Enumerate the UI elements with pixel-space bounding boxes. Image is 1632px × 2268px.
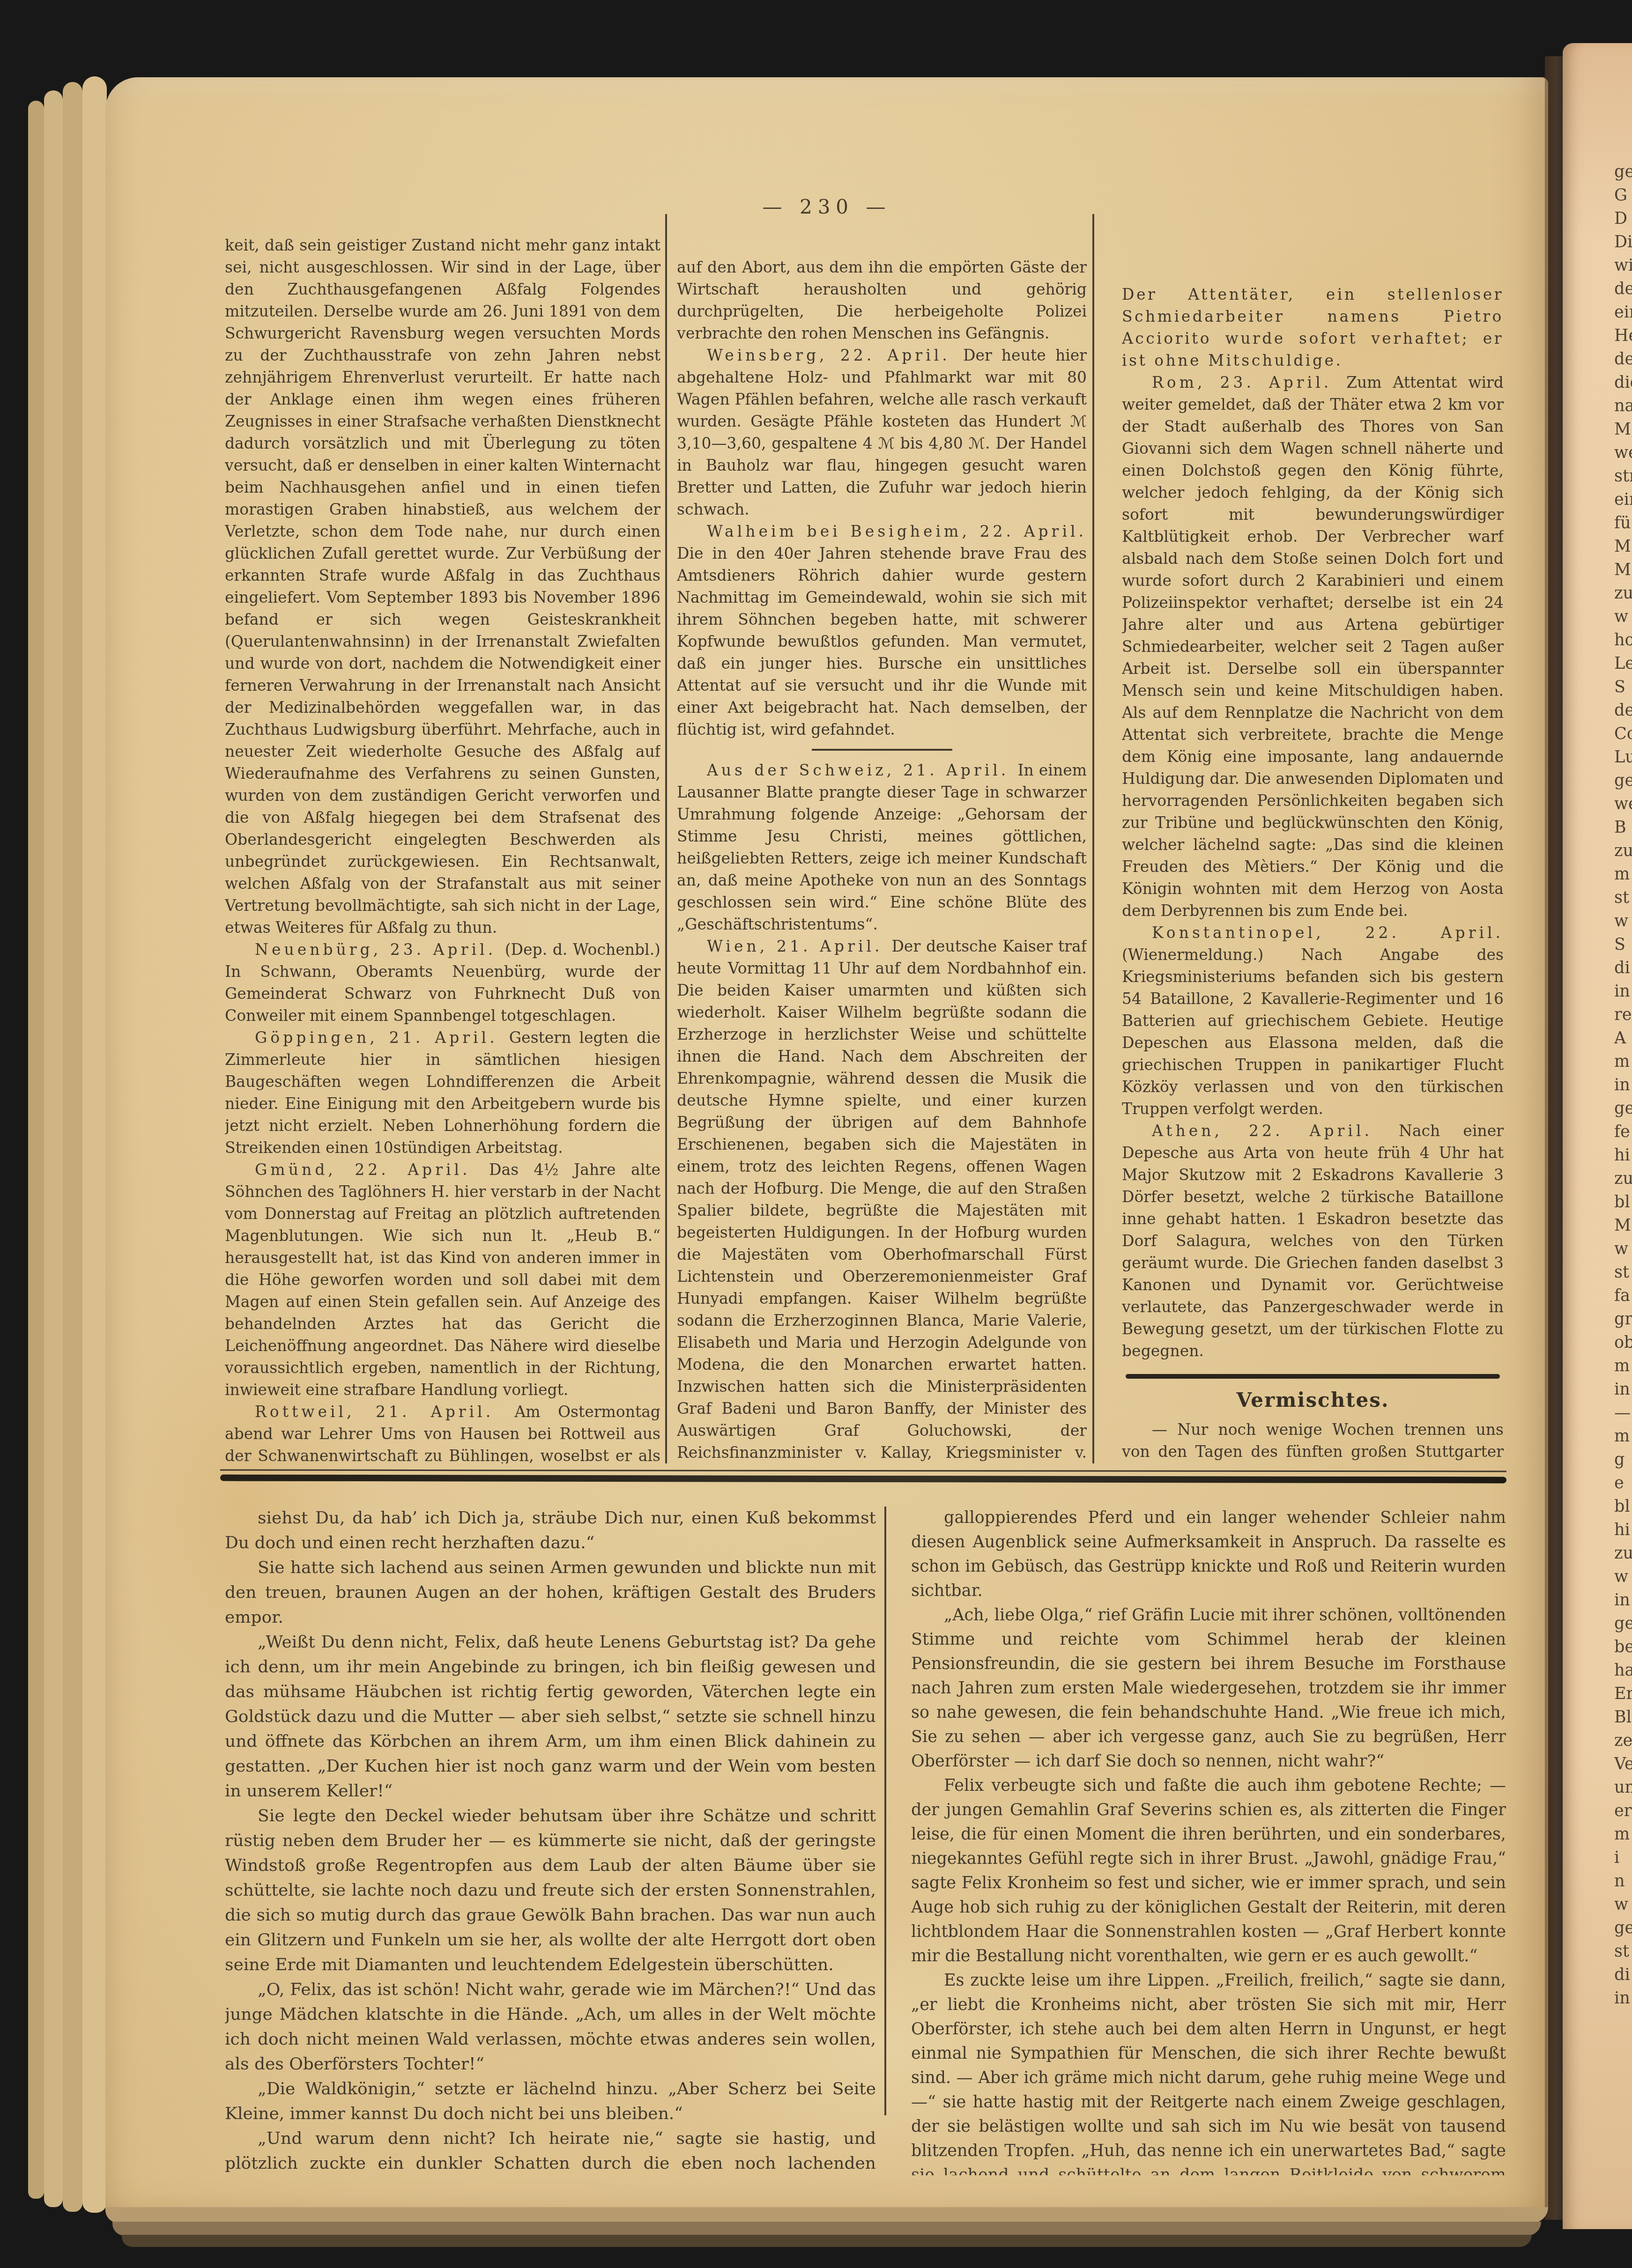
page-edge-layer — [44, 90, 63, 2207]
text-fragment: st — [1614, 886, 1632, 909]
text-fragment: w — [1614, 1893, 1632, 1916]
text-fragment: we — [1614, 792, 1632, 816]
text-fragment: Bl — [1614, 1706, 1632, 1729]
news-paragraph: keit, daß sein geistiger Zustand nicht m… — [225, 234, 660, 938]
news-paragraph: Wien, 21. April. Der deutsche Kaiser tra… — [677, 935, 1087, 1464]
page-edge-layer — [82, 76, 107, 2213]
text-fragment: B — [1614, 816, 1632, 839]
text-fragment: M — [1614, 418, 1632, 441]
page-bottom-edge — [105, 2207, 1548, 2223]
article-dateline: Gmünd, 22. April. — [255, 1160, 489, 1179]
text-fragment: de — [1614, 347, 1632, 371]
story-paragraph: siehst Du, da hab’ ich Dich ja, sträube … — [225, 1506, 876, 1555]
article-dateline: Wien, 21. April. — [707, 937, 891, 955]
page-edge-layer — [28, 101, 44, 2199]
text-fragment: in — [1614, 980, 1632, 1003]
text-fragment: Di — [1614, 230, 1632, 254]
feuilleton-column-right: galloppierendes Pferd und ein langer weh… — [911, 1506, 1506, 2175]
section-divider-rule-thin — [220, 1470, 1506, 1472]
text-fragment: S — [1614, 933, 1632, 956]
page-number: — 230 — — [105, 195, 1548, 218]
article-dateline: Weinsberg, 22. April. — [707, 346, 963, 364]
vermischtes-section-rule — [1126, 1374, 1500, 1379]
text-fragment: w — [1614, 909, 1632, 933]
text-fragment: zu — [1614, 839, 1632, 863]
story-paragraph: „Und warum denn nicht? Ich heirate nie,“… — [225, 2126, 876, 2175]
text-fragment: wi — [1614, 254, 1632, 277]
text-fragment: i — [1614, 1846, 1632, 1869]
text-fragment: bl — [1614, 1495, 1632, 1518]
article-dateline: Aus der Schweiz, 21. April. — [707, 761, 1017, 779]
text-fragment: ge — [1614, 160, 1632, 184]
text-fragment: G — [1614, 184, 1632, 207]
text-fragment: A — [1614, 1027, 1632, 1050]
text-fragment: in — [1614, 1987, 1632, 2010]
text-fragment: S — [1614, 675, 1632, 699]
text-fragment: — — [1614, 1401, 1632, 1425]
news-paragraph: Göppingen, 21. April. Gestern legten die… — [225, 1027, 660, 1159]
text-fragment: ein — [1614, 301, 1632, 324]
next-page-text-fragments: geGDDiwideeinHededienaMwestreinfüMMzuwho… — [1614, 160, 1632, 2010]
vermischtes-heading: Vermischtes. — [1122, 1389, 1504, 1411]
article-dateline: Athen, 22. April. — [1152, 1122, 1399, 1140]
page-bottom-edge — [122, 2235, 1532, 2247]
news-paragraph: Rom, 23. April. Zum Attentat wird weiter… — [1122, 371, 1504, 922]
text-fragment: D — [1614, 207, 1632, 230]
text-fragment: re — [1614, 1003, 1632, 1027]
news-paragraph: Gmünd, 22. April. Das 4½ Jahre alte Söhn… — [225, 1159, 660, 1401]
text-fragment: m — [1614, 1050, 1632, 1073]
text-fragment: M — [1614, 558, 1632, 582]
page-bottom-edge — [112, 2222, 1541, 2236]
paragraph-divider-rule — [812, 749, 952, 751]
news-paragraph: Neuenbürg, 23. April. (Dep. d. Wochenbl.… — [225, 938, 660, 1027]
text-fragment: m — [1614, 1354, 1632, 1378]
story-paragraph: „Weißt Du denn nicht, Felix, daß heute L… — [225, 1630, 876, 1803]
text-fragment: di — [1614, 956, 1632, 980]
adjacent-page-edge: geGDDiwideeinHededienaMwestreinfüMMzuwho… — [1563, 43, 1632, 2229]
text-fragment: zu — [1614, 582, 1632, 605]
text-fragment: in — [1614, 1588, 1632, 1612]
text-fragment: w — [1614, 605, 1632, 628]
story-paragraph: „Ach, liebe Olga,“ rief Gräfin Lucie mit… — [911, 1603, 1506, 1773]
feuilleton-column-left: siehst Du, da hab’ ich Dich ja, sträube … — [225, 1506, 876, 2175]
text-fragment: ge — [1614, 769, 1632, 792]
news-paragraph: Der Attentäter, ein stellenloser Schmied… — [1122, 283, 1504, 371]
news-paragraph: Aus der Schweiz, 21. April. In einem Lau… — [677, 759, 1087, 935]
page-edge-layer — [63, 82, 82, 2212]
text-fragment: de — [1614, 699, 1632, 722]
text-fragment: na — [1614, 394, 1632, 418]
text-fragment: str — [1614, 465, 1632, 488]
news-paragraph: Walheim bei Besigheim, 22. April. Die in… — [677, 520, 1087, 740]
text-fragment: fa — [1614, 1284, 1632, 1308]
text-fragment: st — [1614, 1940, 1632, 1963]
story-paragraph: Felix verbeugte sich und faßte die auch … — [911, 1773, 1506, 1968]
news-paragraph: — Nur noch wenige Wochen trennen uns von… — [1122, 1418, 1504, 1464]
text-fragment: hi — [1614, 1144, 1632, 1167]
text-fragment: ge — [1614, 1097, 1632, 1120]
text-fragment: ha — [1614, 1659, 1632, 1682]
news-paragraph: Konstantinopel, 22. April. (Wienermeldun… — [1122, 922, 1504, 1120]
text-fragment: in — [1614, 1073, 1632, 1097]
text-fragment: er — [1614, 1799, 1632, 1823]
text-fragment: Ve — [1614, 1752, 1632, 1776]
news-column-left: keit, daß sein geistiger Zustand nicht m… — [225, 234, 660, 1463]
article-dateline: Konstantinopel, 22. April. — [1152, 923, 1504, 942]
text-fragment: die — [1614, 371, 1632, 394]
news-column-middle: auf den Abort, aus dem ihn die empörten … — [677, 256, 1087, 1464]
text-fragment: Co — [1614, 722, 1632, 746]
text-fragment: Lu — [1614, 746, 1632, 769]
text-fragment: m — [1614, 1425, 1632, 1448]
article-dateline: Göppingen, 21. April. — [255, 1028, 509, 1047]
text-fragment: w — [1614, 1237, 1632, 1261]
text-fragment: ge — [1614, 1916, 1632, 1940]
text-fragment: m — [1614, 1823, 1632, 1846]
text-fragment: fe — [1614, 1120, 1632, 1144]
text-fragment: He — [1614, 324, 1632, 347]
text-fragment: be — [1614, 1635, 1632, 1659]
article-dateline: Rottweil, 21. April. — [255, 1403, 514, 1421]
story-paragraph: Sie legte den Deckel wieder behutsam übe… — [225, 1803, 876, 1977]
text-fragment: ze — [1614, 1729, 1632, 1752]
column-divider-rule — [1092, 214, 1094, 1463]
text-fragment: w — [1614, 1565, 1632, 1588]
text-fragment: Le — [1614, 652, 1632, 675]
text-fragment: n — [1614, 1869, 1632, 1893]
text-fragment: zu — [1614, 1542, 1632, 1565]
text-fragment: Er — [1614, 1682, 1632, 1706]
text-fragment: fü — [1614, 511, 1632, 535]
text-fragment: we — [1614, 441, 1632, 465]
story-paragraph: „O, Felix, das ist schön! Nicht wahr, ge… — [225, 1977, 876, 2076]
book-gutter-shadow — [1545, 56, 1564, 2220]
news-paragraph: Rottweil, 21. April. Am Ostermontag aben… — [225, 1401, 660, 1463]
text-fragment: M — [1614, 535, 1632, 558]
column-divider-rule — [665, 214, 667, 1463]
news-paragraph: auf den Abort, aus dem ihn die empörten … — [677, 256, 1087, 344]
news-column-right: Der Attentäter, ein stellenloser Schmied… — [1122, 283, 1504, 1464]
story-paragraph: Sie hatte sich lachend aus seinen Armen … — [225, 1555, 876, 1630]
story-paragraph: „Die Waldkönigin,“ setzte er lächelnd hi… — [225, 2076, 876, 2126]
story-paragraph: Es zuckte leise um ihre Lippen. „Freilic… — [911, 1968, 1506, 2175]
text-fragment: g — [1614, 1448, 1632, 1471]
article-dateline: Rom, 23. April. — [1152, 373, 1346, 392]
text-fragment: ge — [1614, 1612, 1632, 1635]
text-fragment: e — [1614, 1471, 1632, 1495]
news-paragraph: Weinsberg, 22. April. Der heute hier abg… — [677, 344, 1087, 520]
text-fragment: hi — [1614, 1518, 1632, 1542]
text-fragment: bl — [1614, 1190, 1632, 1214]
news-paragraph: Athen, 22. April. Nach einer Depesche au… — [1122, 1120, 1504, 1362]
text-fragment: m — [1614, 863, 1632, 886]
text-fragment: gr — [1614, 1308, 1632, 1331]
text-fragment: ho — [1614, 628, 1632, 652]
text-fragment: M — [1614, 1214, 1632, 1237]
text-fragment: di — [1614, 1963, 1632, 1987]
text-fragment: un — [1614, 1776, 1632, 1799]
article-dateline: Walheim bei Besigheim, 22. April. — [707, 522, 1087, 540]
article-dateline: Neuenbürg, 23. April. — [255, 940, 505, 959]
text-fragment: zu — [1614, 1167, 1632, 1190]
text-fragment: de — [1614, 277, 1632, 301]
feuilleton-divider-rule — [884, 1507, 886, 2115]
text-fragment: ein — [1614, 488, 1632, 511]
text-fragment: ob — [1614, 1331, 1632, 1354]
text-fragment: st — [1614, 1261, 1632, 1284]
text-fragment: in — [1614, 1378, 1632, 1401]
story-paragraph: galloppierendes Pferd und ein langer weh… — [911, 1506, 1506, 1603]
newspaper-page: — 230 — keit, daß sein geistiger Zustand… — [105, 77, 1548, 2207]
section-divider-rule-thick — [220, 1475, 1506, 1484]
